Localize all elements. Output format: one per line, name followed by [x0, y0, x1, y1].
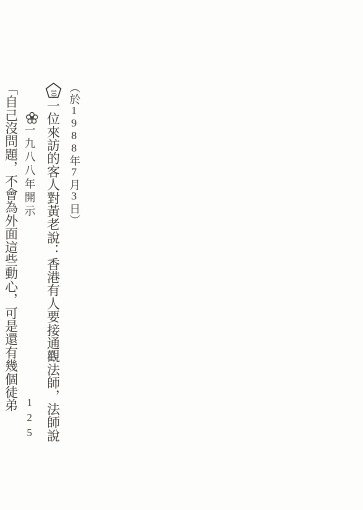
book-page: （於1988年7月3日） 10一位來訪的客人對黃老說：香港有人要接通觀法師，法師… [0, 0, 363, 510]
date-part: 日） [68, 203, 80, 226]
date-part: 月 [68, 179, 80, 191]
date-annotation: （於1988年7月3日） [63, 82, 313, 460]
column-text: 一位來訪的客人對黃老說：香港有人要接通觀法師，法師說 [45, 99, 60, 442]
margin-section-label: 一九八八年開示 [20, 112, 38, 219]
date-year: 1988 [68, 105, 80, 155]
margin-ornament-icon [26, 112, 38, 124]
main-text-block: （於1988年7月3日） 10一位來訪的客人對黃老說：香港有人要接通觀法師，法師… [0, 82, 313, 460]
entry-marker-icon: 10 [45, 82, 62, 99]
text-column: 10一位來訪的客人對黃老說：香港有人要接通觀法師，法師說 [41, 82, 63, 460]
margin-label-text: 一九八八年開示 [23, 124, 35, 219]
entry-marker-number: 10 [50, 89, 58, 97]
date-month: 7 [68, 167, 80, 180]
date-part: （於 [68, 82, 80, 105]
date-part: 年 [68, 155, 80, 167]
page-number: 125 [24, 398, 35, 443]
date-day: 3 [68, 191, 80, 204]
